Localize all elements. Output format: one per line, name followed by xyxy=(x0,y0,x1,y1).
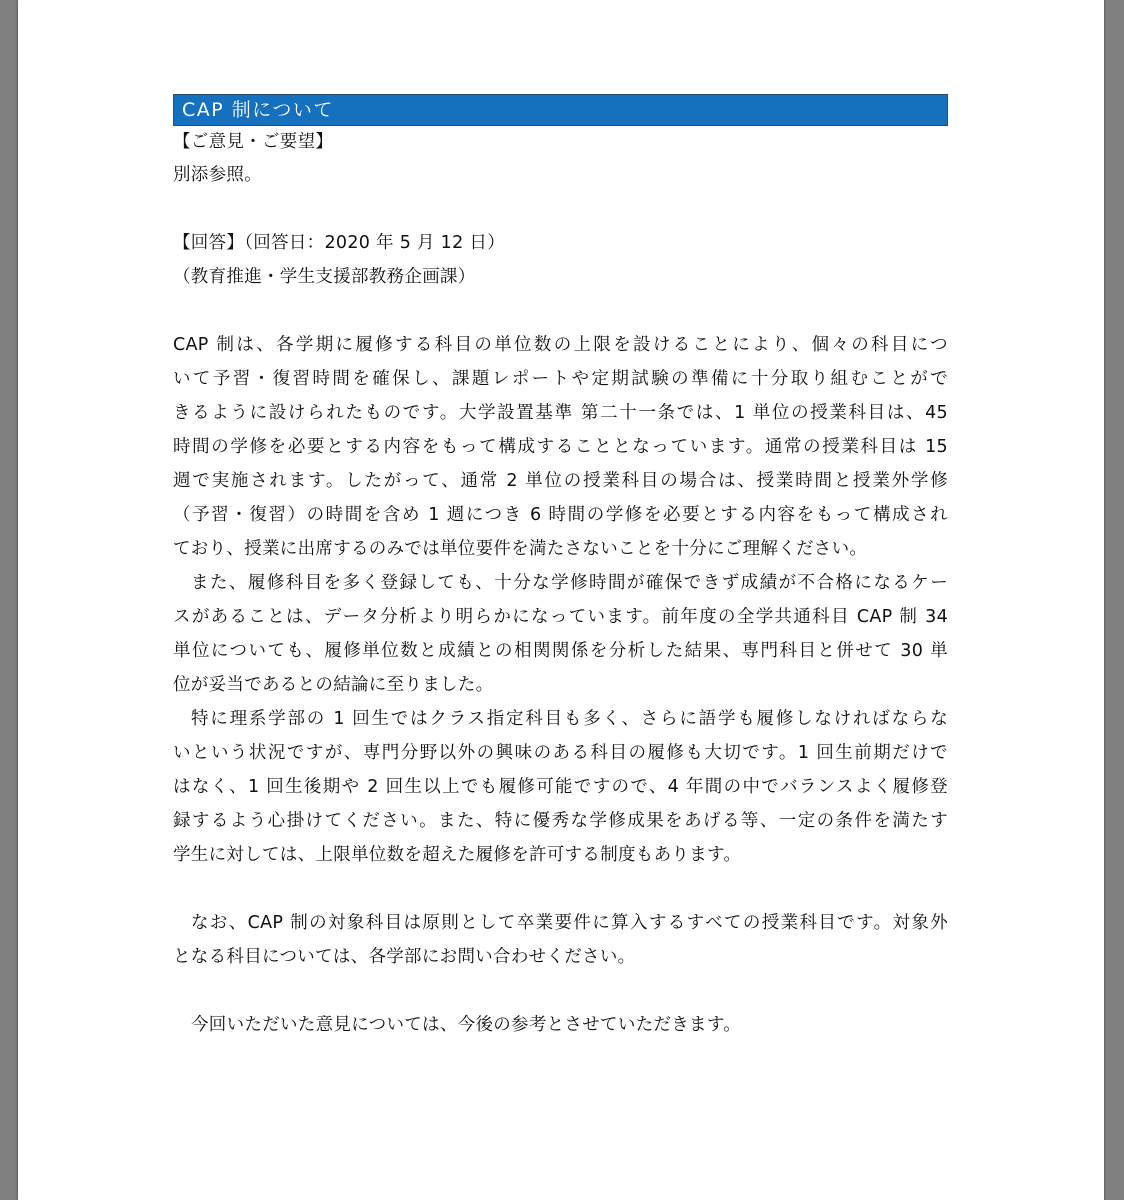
paragraph-line: スがあることは、データ分析より明らかになっています。前年度の全学共通科目 CAP… xyxy=(173,600,948,634)
spacer xyxy=(173,294,948,328)
paragraph-4: なお、CAP 制の対象科目は原則として卒業要件に算入するすべての授業科目です。対… xyxy=(173,906,948,974)
paragraph-line: 録するよう心掛けてください。また、特に優秀な学修成果をあげる等、一定の条件を満た… xyxy=(173,804,948,838)
document-page: CAP 制について 【ご意見・ご要望】 別添参照。 【回答】（回答日：2020 … xyxy=(18,0,1104,1200)
answer-header: 【回答】（回答日：2020 年 5 月 12 日） （教育推進・学生支援部教務企… xyxy=(173,226,948,294)
paragraph-line: いて予習・復習時間を確保し、課題レポートや定期試験の準備に十分取り組むことがで xyxy=(173,362,948,396)
paragraph-line: 時間の学修を必要とする内容をもって構成することとなっています。通常の授業科目は … xyxy=(173,430,948,464)
paragraph-3: 特に理系学部の 1 回生ではクラス指定科目も多く、さらに語学も履修しなければなら… xyxy=(173,702,948,872)
paragraph-line: となる科目については、各学部にお問い合わせください。 xyxy=(173,940,948,974)
section-title-bar: CAP 制について xyxy=(173,94,948,126)
section-title: CAP 制について xyxy=(182,99,334,121)
spacer xyxy=(173,872,948,906)
paragraph-line: はなく、1 回生後期や 2 回生以上でも履修可能ですので、4 年間の中でバランス… xyxy=(173,770,948,804)
opinion-heading: 【ご意見・ご要望】 xyxy=(173,126,948,158)
paragraph-line: また、履修科目を多く登録しても、十分な学修時間が確保できず成績が不合格になるケー xyxy=(173,566,948,600)
paragraph-line: 位が妥当であるとの結論に至りました。 xyxy=(173,668,948,702)
paragraph-line: 特に理系学部の 1 回生ではクラス指定科目も多く、さらに語学も履修しなければなら… xyxy=(173,702,948,736)
paragraph-line: 単位についても、履修単位数と成績との相関関係を分析した結果、専門科目と併せて 3… xyxy=(173,634,948,668)
paragraph-line: （予習・復習）の時間を含め 1 週につき 6 時間の学修を必要とする内容をもって… xyxy=(173,498,948,532)
paragraph-line: CAP 制は、各学期に履修する科目の単位数の上限を設けることにより、個々の科目に… xyxy=(173,328,948,362)
paragraph-1: CAP 制は、各学期に履修する科目の単位数の上限を設けることにより、個々の科目に… xyxy=(173,328,948,566)
paragraph-line: なお、CAP 制の対象科目は原則として卒業要件に算入するすべての授業科目です。対… xyxy=(173,906,948,940)
spacer xyxy=(173,192,948,226)
paragraph-line: きるように設けられたものです。大学設置基準 第二十一条では、1 単位の授業科目は… xyxy=(173,396,948,430)
paragraph-line: 学生に対しては、上限単位数を超えた履修を許可する制度もあります。 xyxy=(173,838,948,872)
opinion-section: 【ご意見・ご要望】 別添参照。 xyxy=(173,126,948,192)
paragraph-2: また、履修科目を多く登録しても、十分な学修時間が確保できず成績が不合格になるケー… xyxy=(173,566,948,702)
opinion-text: 別添参照。 xyxy=(173,158,948,192)
answer-department: （教育推進・学生支援部教務企画課） xyxy=(173,260,948,294)
closing-text: 今回いただいた意見については、今後の参考とさせていただきます。 xyxy=(173,1008,948,1042)
paragraph-line: 週で実施されます。したがって、通常 2 単位の授業科目の場合は、授業時間と授業外… xyxy=(173,464,948,498)
paragraph-line: ており、授業に出席するのみでは単位要件を満たさないことを十分にご理解ください。 xyxy=(173,532,948,566)
spacer xyxy=(173,974,948,1008)
answer-heading: 【回答】（回答日：2020 年 5 月 12 日） xyxy=(173,226,948,260)
paragraph-line: いという状況ですが、専門分野以外の興味のある科目の履修も大切です。1 回生前期だ… xyxy=(173,736,948,770)
document-content: CAP 制について 【ご意見・ご要望】 別添参照。 【回答】（回答日：2020 … xyxy=(173,94,948,1042)
